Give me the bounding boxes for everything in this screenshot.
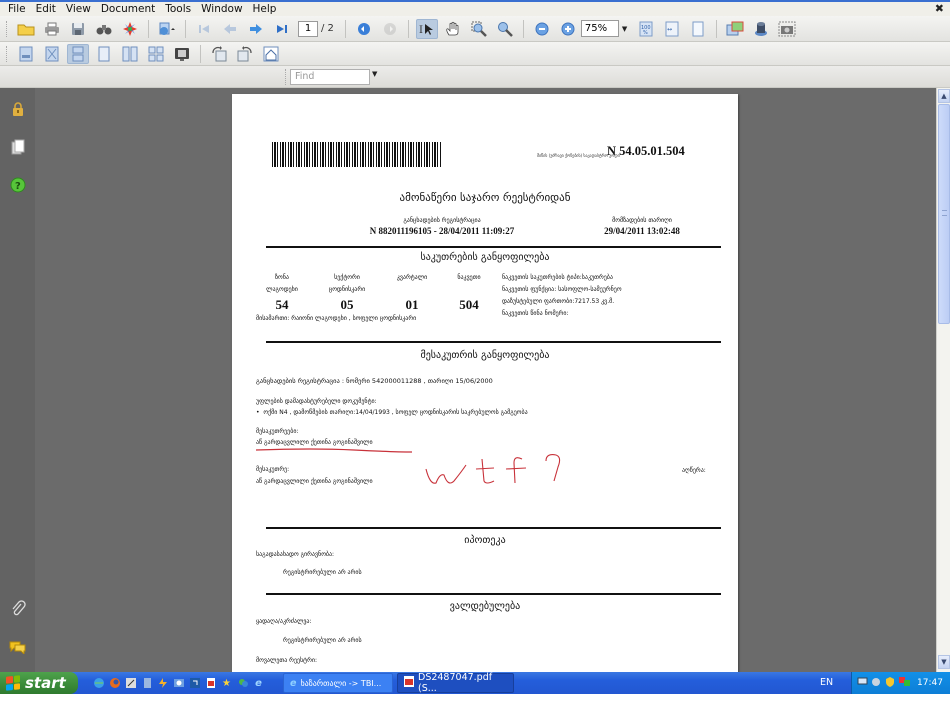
svg-text:?: ? <box>15 181 21 192</box>
taskbar: start ★ e e ხაზართალი -> TBI... DS248704… <box>0 672 950 713</box>
parcel-function: ნაკვეთის ფუნქცია: სასოფლო-სამეურნეო <box>502 286 622 293</box>
owner-section-title: მესაკუთრის განყოფილება <box>232 350 738 361</box>
pdf-icon <box>404 676 414 690</box>
sector-header: სექტორი <box>312 274 382 281</box>
page-number-input[interactable]: 1 <box>298 21 318 37</box>
antivirus-icon[interactable] <box>899 676 910 690</box>
marquee-zoom-icon[interactable] <box>468 19 490 39</box>
parcel-header: ნაკვეთი <box>439 274 499 281</box>
red-underline-annotation <box>254 445 414 455</box>
owner-value: აწ გარდაცვლილი ქეთინა გოგინაშვილი <box>256 478 373 485</box>
pages-icon[interactable] <box>9 138 27 156</box>
divider <box>266 593 721 595</box>
menu-file[interactable]: File <box>3 3 31 15</box>
handwritten-wtf-annotation <box>422 451 582 491</box>
rotate-ccw-icon[interactable] <box>208 44 230 64</box>
menu-tools[interactable]: Tools <box>160 3 196 15</box>
lock-icon[interactable] <box>9 100 27 118</box>
zoom-in-icon[interactable] <box>557 19 579 39</box>
export-icon[interactable] <box>156 19 178 39</box>
star-icon[interactable]: ★ <box>220 677 233 690</box>
toolbar-separator <box>523 20 524 38</box>
rotate-cw-icon[interactable] <box>234 44 256 64</box>
network-icon[interactable] <box>857 676 868 690</box>
menu-help[interactable]: Help <box>248 3 282 15</box>
seizure-value: რეგისტრირებული არ არის <box>283 637 362 644</box>
obligations-section-title: ვალდებულება <box>232 601 738 612</box>
owner-label: მესაკუთრე: <box>256 466 289 473</box>
forward-icon[interactable] <box>379 19 401 39</box>
property-address: მისამართი: რაიონი ლაგოდეხი , სოფელი ცოდნ… <box>256 315 416 322</box>
preparation-date-label: მომზადების თარიღი <box>577 217 707 224</box>
zoom-out-icon[interactable] <box>531 19 553 39</box>
zoom-level-input[interactable]: 75% <box>581 20 619 37</box>
taskbar-item-label: ხაზართალი -> TBI... <box>300 679 381 688</box>
menu-document[interactable]: Document <box>96 3 160 15</box>
divider <box>266 341 721 343</box>
scroll-thumb-grip <box>942 210 947 216</box>
view-toolbar <box>0 42 950 66</box>
security-shield-icon[interactable] <box>885 676 896 690</box>
toolbar-grip[interactable] <box>285 69 288 85</box>
zone-header: ზონა <box>252 274 312 281</box>
hand-tool-icon[interactable] <box>442 19 464 39</box>
back-arrow-icon[interactable] <box>188 677 201 690</box>
description-label: აღწერა: <box>682 467 706 474</box>
sector-value: 05 <box>312 297 382 313</box>
taskbar-item-label: DS2487047.pdf (S... <box>418 672 513 694</box>
rights-document-item: • ოქმი N4 , დამოწმების თარიღი:14/04/1993… <box>256 409 528 416</box>
svg-text:%: % <box>643 30 648 36</box>
ie-icon: e <box>290 678 296 689</box>
parcel-value: 504 <box>439 297 499 313</box>
owners-label: მესაკუთრეები: <box>256 428 298 435</box>
ie-globe-icon[interactable] <box>92 677 105 690</box>
start-label: start <box>25 674 66 692</box>
clock[interactable]: 17:47 <box>917 678 943 688</box>
scroll-thumb[interactable] <box>938 104 950 324</box>
media-icon[interactable] <box>124 677 137 690</box>
find-dropdown-icon[interactable]: ▼ <box>372 70 377 78</box>
back-icon[interactable] <box>353 19 375 39</box>
cadastral-code: N 54.05.01.504 <box>607 144 685 159</box>
sector-name: ცოდნისკარი <box>312 286 382 293</box>
preparation-date-value: 29/04/2011 13:02:48 <box>577 226 707 236</box>
ownership-type: ნაკვეთის საკუთრების ტიპი:საკუთრება <box>502 274 613 281</box>
outlook-icon[interactable] <box>172 677 185 690</box>
vertical-scrollbar[interactable]: ▲ ▼ <box>936 88 950 672</box>
fit-page-icon[interactable] <box>687 19 709 39</box>
document-title: ამონაწერი საჯარო რეესტრიდან <box>232 191 738 204</box>
application-registration-value: N 882011196105 - 28/04/2011 11:09:27 <box>322 226 562 236</box>
svg-text:↔: ↔ <box>667 26 672 33</box>
actual-size-icon[interactable]: 100% <box>635 19 657 39</box>
menu-edit[interactable]: Edit <box>31 3 61 15</box>
notepad-icon[interactable] <box>140 677 153 690</box>
ink-icon[interactable] <box>750 19 772 39</box>
svg-text:I: I <box>419 25 423 36</box>
find-input[interactable]: Find <box>290 69 370 85</box>
menu-bar: File Edit View Document Tools Window Hel… <box>0 0 950 16</box>
messenger-icon[interactable] <box>236 677 249 690</box>
home-icon[interactable] <box>260 44 282 64</box>
page-total: / 2 <box>321 23 334 34</box>
document-viewport[interactable]: მიწის (უძრავი ქონების) საკადასტრო კოდი N… <box>35 88 936 672</box>
owner-registration: განცხადების რეგისტრაცია : ნომერი 5420000… <box>256 377 493 385</box>
camera-icon[interactable] <box>776 19 798 39</box>
scroll-down-button[interactable]: ▼ <box>938 655 950 669</box>
pdf-icon[interactable] <box>204 677 217 690</box>
windows-logo-icon <box>6 675 20 690</box>
barcode <box>272 142 442 167</box>
volume-icon[interactable] <box>871 676 882 690</box>
tax-lien-label: საგადასახადო გირავნობა: <box>256 551 334 558</box>
quick-launch: ★ e <box>92 677 265 690</box>
rights-documents-label: უფლების დამადასტურებელი დოკუმენტი: <box>256 398 377 405</box>
toolbar-separator <box>716 20 717 38</box>
find-binoculars-icon[interactable] <box>93 19 115 39</box>
toolbar-separator <box>148 20 149 38</box>
quarter-header: კვარტალი <box>382 274 442 281</box>
close-document-icon[interactable]: ✖ <box>935 2 944 15</box>
seizure-label: ყადაღა/აკრძალვა: <box>256 618 312 625</box>
debtors-registry-label: მოვალეთა რეესტრი: <box>256 657 317 664</box>
previous-page-icon[interactable] <box>219 19 241 39</box>
last-page-icon[interactable] <box>271 19 293 39</box>
rights-document-text: ოქმი N4 , დამოწმების თარიღი:14/04/1993 ,… <box>263 409 527 416</box>
comments-icon[interactable] <box>9 638 27 656</box>
firefox-icon[interactable] <box>108 677 121 690</box>
toolbar-grip[interactable] <box>6 21 9 37</box>
first-page-icon[interactable] <box>193 19 215 39</box>
parcel-area: დაზუსტებული ფართობი:7217.53 კვ.მ. <box>502 298 614 305</box>
zone-value: 54 <box>252 297 312 313</box>
divider <box>266 246 721 248</box>
print-icon[interactable] <box>41 19 63 39</box>
full-screen-icon[interactable] <box>171 44 193 64</box>
ie-icon[interactable]: e <box>252 677 265 690</box>
divider <box>266 527 721 529</box>
quarter-value: 01 <box>382 297 442 313</box>
toolbar-separator <box>345 20 346 38</box>
mortgage-section-title: იპოთეკა <box>232 535 738 546</box>
facing-pages-icon[interactable] <box>119 44 141 64</box>
fit-width-view-icon[interactable] <box>15 44 37 64</box>
fit-width-icon[interactable]: ↔ <box>661 19 683 39</box>
zoom-dropdown-icon[interactable]: ▼ <box>622 25 627 33</box>
toolbar-separator <box>185 20 186 38</box>
taskbar-item-browser[interactable]: e ხაზართალი -> TBI... <box>283 673 393 693</box>
next-page-icon[interactable] <box>245 19 267 39</box>
below-taskbar-area <box>0 694 950 713</box>
attachment-icon[interactable] <box>9 600 27 618</box>
single-page-continuous-icon[interactable] <box>67 44 89 64</box>
parcel-previous-number: ნაკვეთის წინა ნომერი: <box>502 310 569 317</box>
system-tray: 17:47 <box>851 672 950 694</box>
main-toolbar: 1 / 2 I 75% ▼ 100% ↔ <box>0 16 950 42</box>
toolbar-separator <box>408 20 409 38</box>
dynamic-zoom-icon[interactable] <box>494 19 516 39</box>
taskbar-item-pdf[interactable]: DS2487047.pdf (S... <box>397 673 514 693</box>
flash-icon[interactable] <box>156 677 169 690</box>
continuous-facing-icon[interactable] <box>145 44 167 64</box>
select-text-icon[interactable]: I <box>416 19 438 39</box>
snapshot-icon[interactable] <box>724 19 746 39</box>
tax-lien-value: რეგისტრირებული არ არის <box>283 569 362 576</box>
scroll-up-button[interactable]: ▲ <box>938 89 950 103</box>
language-indicator[interactable]: EN <box>820 677 833 688</box>
open-folder-icon[interactable] <box>15 19 37 39</box>
find-toolbar: Find ▼ <box>0 66 950 88</box>
toolbar-grip[interactable] <box>6 46 9 62</box>
zone-name: ლაგოდეხი <box>252 286 312 293</box>
start-button[interactable]: start <box>0 672 78 694</box>
menu-window[interactable]: Window <box>196 3 247 15</box>
help-icon[interactable]: ? <box>9 176 27 194</box>
flash-star-icon[interactable] <box>119 19 141 39</box>
menu-view[interactable]: View <box>61 3 96 15</box>
toolbar-separator <box>200 45 201 63</box>
single-page-icon[interactable] <box>93 44 115 64</box>
save-icon[interactable] <box>67 19 89 39</box>
fit-visible-icon[interactable] <box>41 44 63 64</box>
navigation-panel: ? <box>0 88 35 672</box>
property-section-title: საკუთრების განყოფილება <box>232 252 738 263</box>
application-registration-label: განცხადების რეგისტრაცია <box>352 217 532 224</box>
pdf-page: მიწის (უძრავი ქონების) საკადასტრო კოდი N… <box>232 94 738 672</box>
